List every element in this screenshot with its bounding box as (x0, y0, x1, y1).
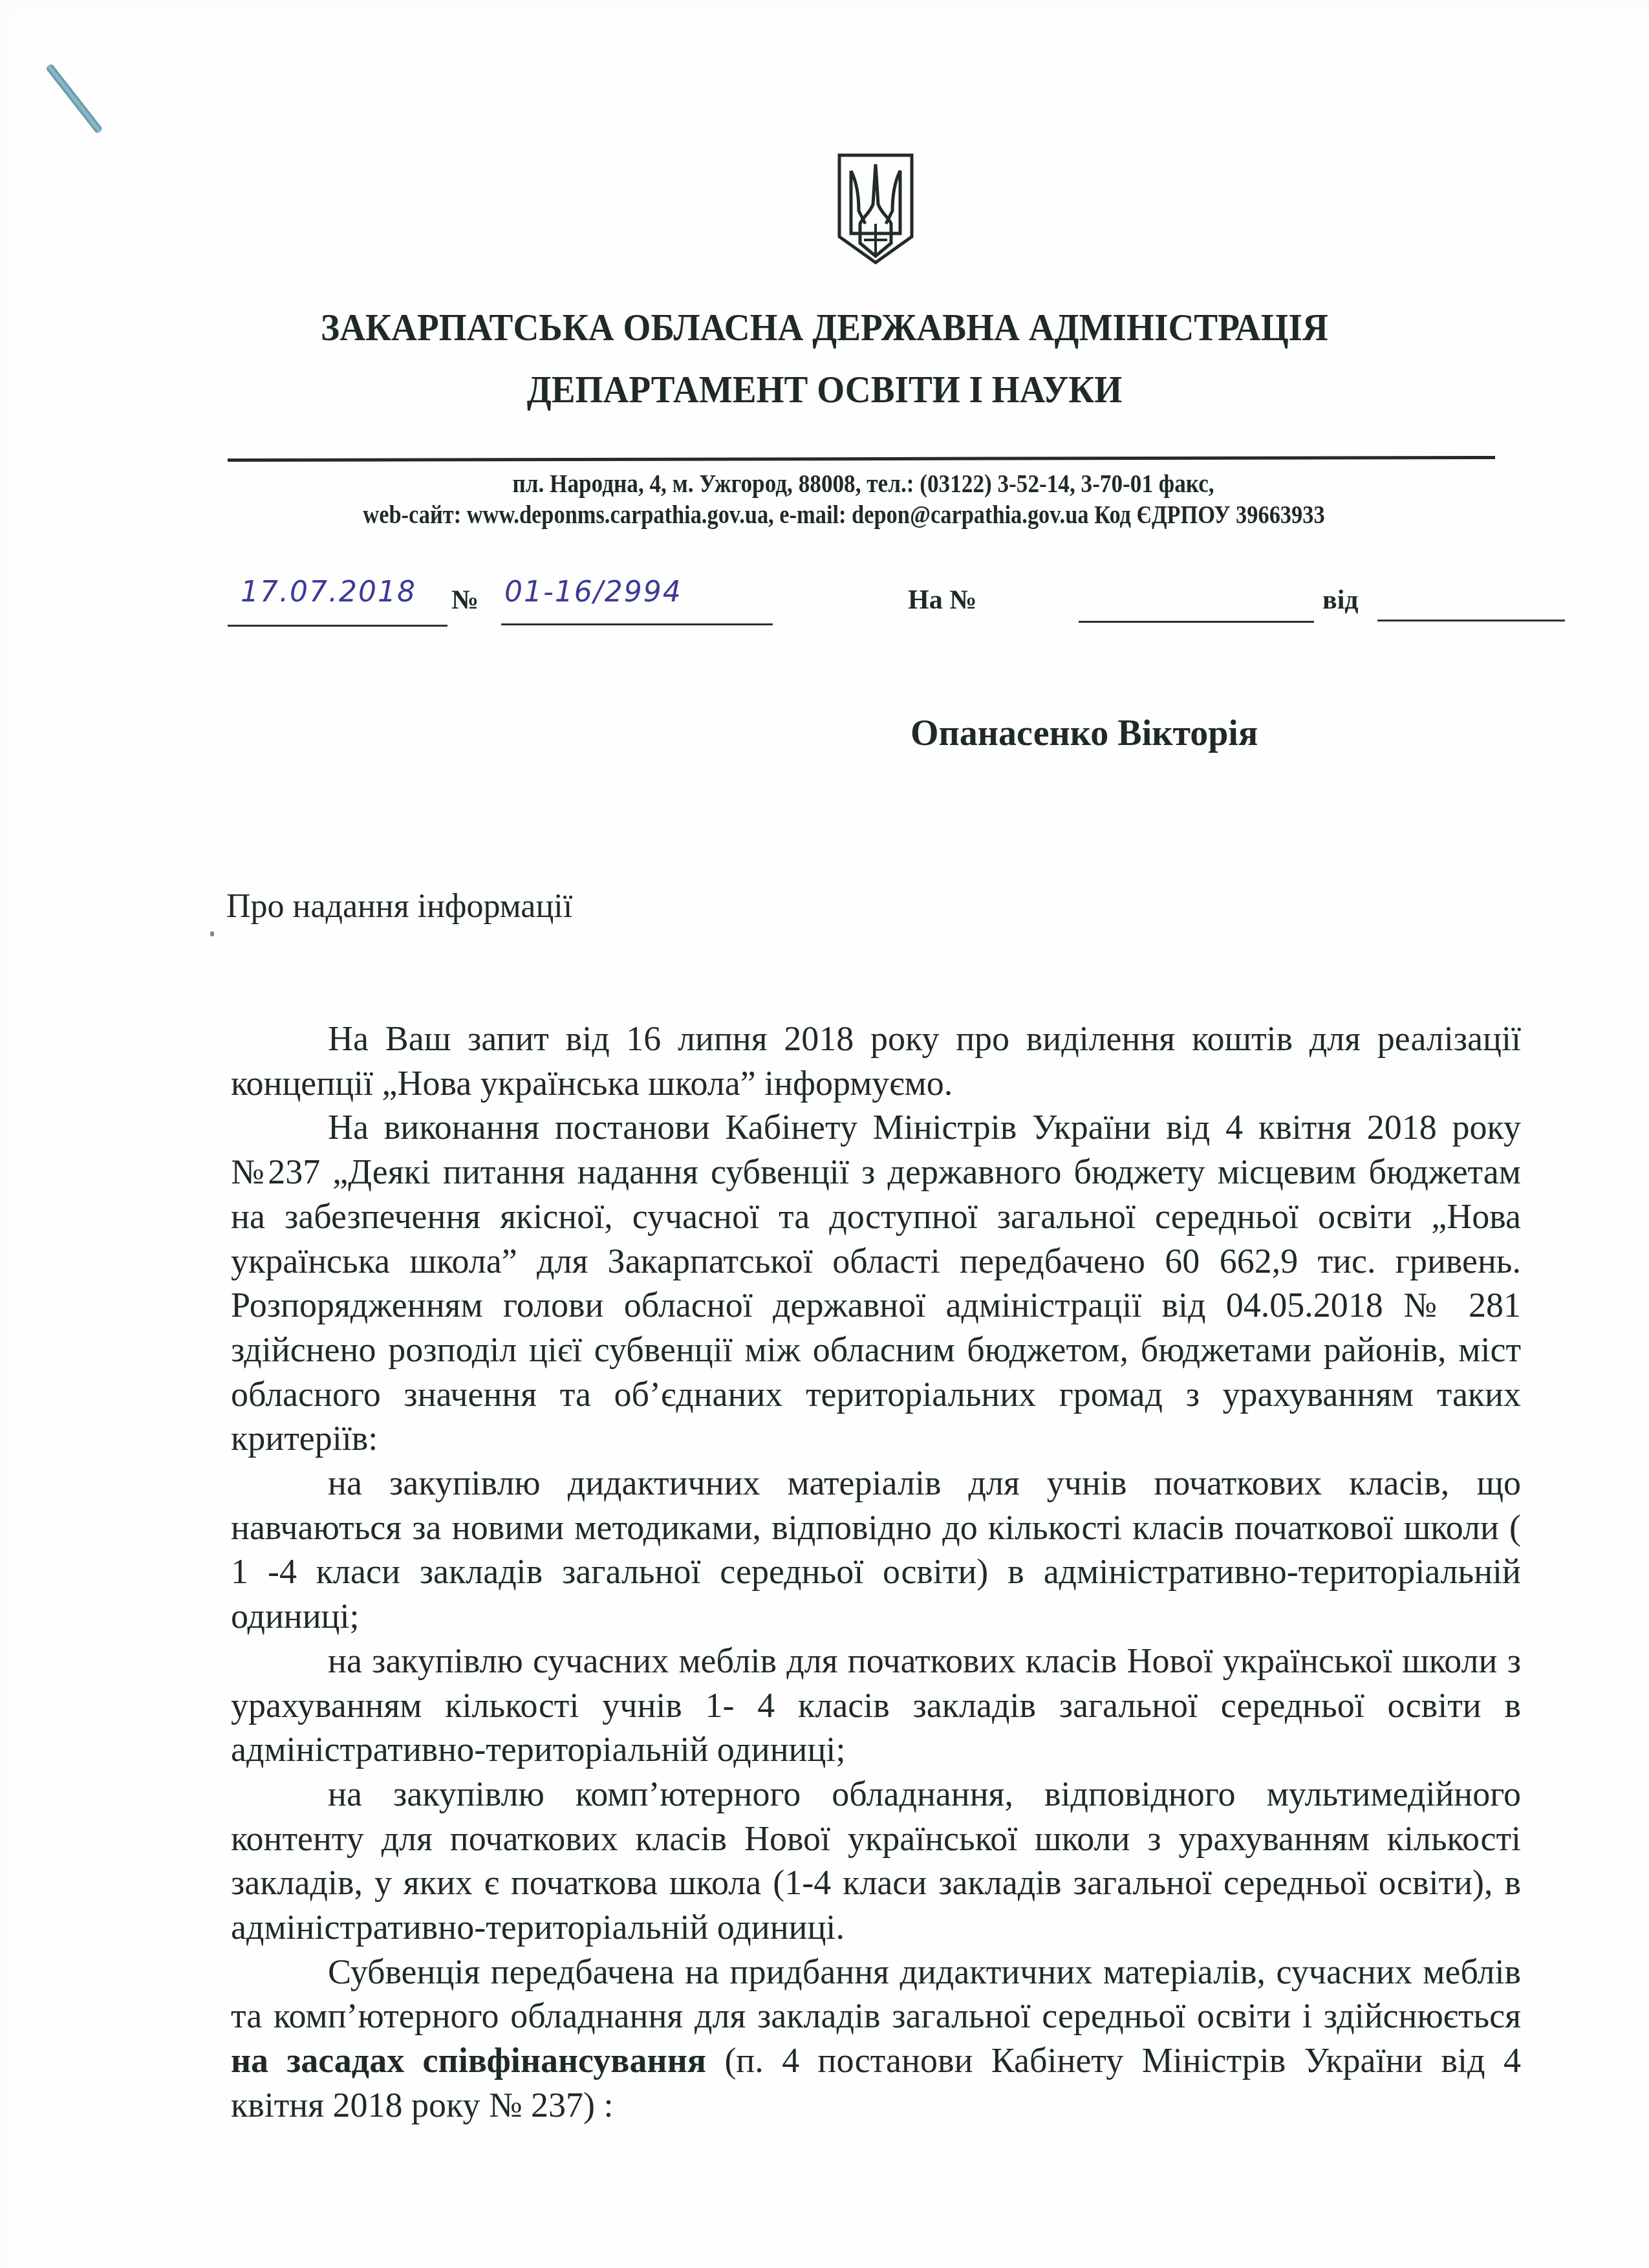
registration-row: 17.07.2018 № 01-16/2994 На № від (0, 576, 1649, 634)
number-label: № (451, 585, 479, 616)
department-name: ДЕПАРТАМЕНТ ОСВІТИ І НАУКИ (66, 367, 1583, 412)
scan-speck (210, 931, 214, 936)
paragraph-subvention-allocation: На виконання постанови Кабінету Міністрі… (231, 1105, 1521, 1461)
paragraph-criterion-computers: на закупівлю комп’ютерного обладнання, в… (231, 1772, 1521, 1950)
organization-name: ЗАКАРПАТСЬКА ОБЛАСНА ДЕРЖАВНА АДМІНІСТРА… (66, 305, 1583, 350)
addressee-name: Опанасенко Вікторія (911, 713, 1258, 754)
paragraph-request-reference: На Ваш запит від 16 липня 2018 року про … (231, 1017, 1521, 1105)
paragraph-criterion-didactic: на закупівлю дидактичних матеріалів для … (231, 1461, 1521, 1639)
date-underline (228, 625, 447, 627)
cofinancing-text-start: Субвенція передбачена на придбання дидак… (231, 1952, 1521, 2036)
address-line: пл. Народна, 4, м. Ужгород, 88008, тел.:… (138, 468, 1589, 499)
cofinancing-emphasis: на засадах співфінансування (231, 2041, 706, 2080)
from-label: від (1322, 585, 1359, 616)
web-contact-line: web-сайт: www.deponms.carpathia.gov.ua, … (135, 499, 1553, 530)
outgoing-number: 01-16/2994 (504, 576, 682, 609)
reply-to-label: На № (908, 585, 976, 616)
number-underline (501, 623, 773, 625)
outgoing-date: 17.07.2018 (241, 576, 416, 609)
coat-of-arms-icon (837, 153, 914, 265)
paragraph-cofinancing: Субвенція передбачена на придбання дидак… (231, 1950, 1521, 2128)
letter-subject: Про надання інформації (226, 887, 572, 925)
reply-to-date-field (1377, 620, 1565, 621)
reply-to-number-field (1079, 621, 1314, 623)
letter-body: На Ваш запит від 16 липня 2018 року про … (231, 1017, 1521, 2128)
paragraph-criterion-furniture: на закупівлю сучасних меблів для початко… (231, 1639, 1521, 1772)
